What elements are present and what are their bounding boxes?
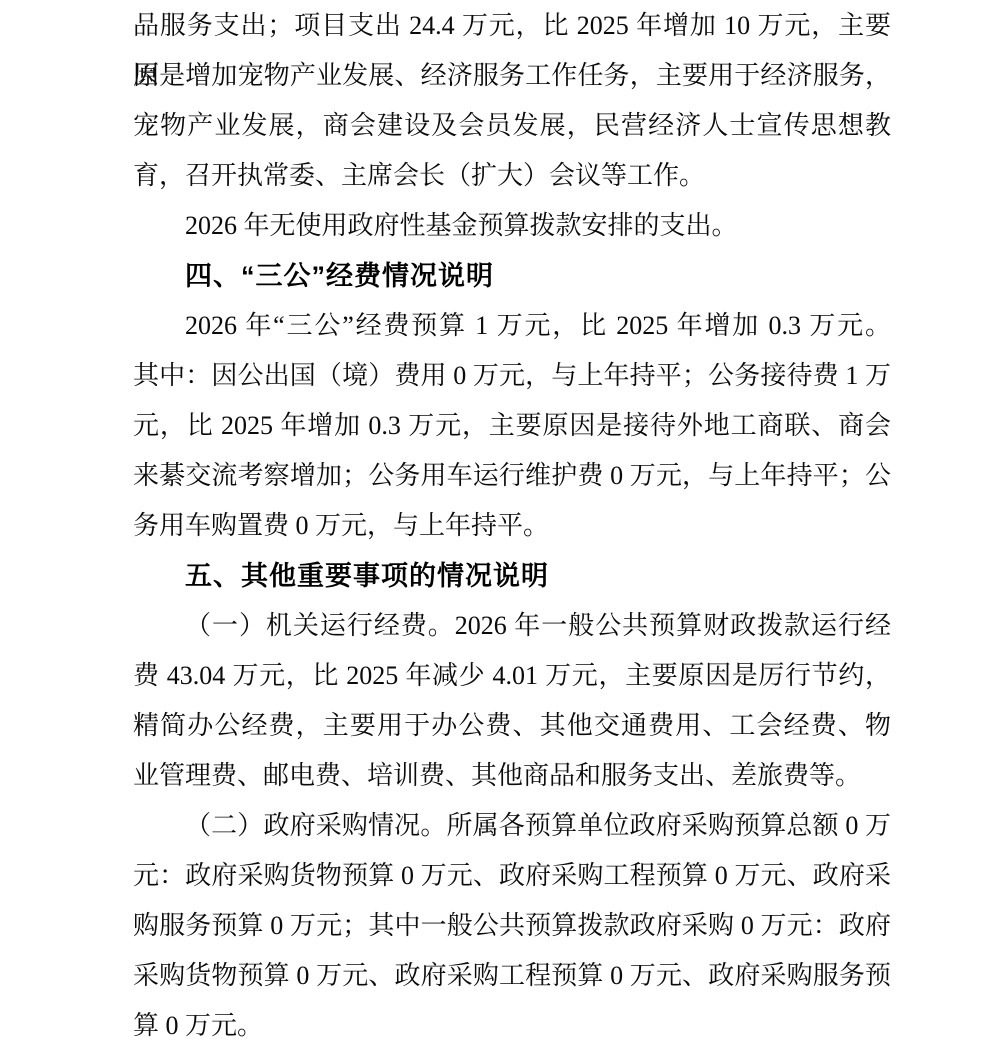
para-line: 元：政府采购货物预算 0 万元、政府采购工程预算 0 万元、政府采 [133, 851, 891, 901]
para-line: 其中：因公出国（境）费用 0 万元，与上年持平；公务接待费 1 万 [133, 351, 891, 401]
para-line: 业管理费、邮电费、培训费、其他商品和服务支出、差旅费等。 [133, 751, 891, 801]
para-line: 采购货物预算 0 万元、政府采购工程预算 0 万元、政府采购服务预 [133, 951, 891, 1001]
para-line: 2026 年“三公”经费预算 1 万元，比 2025 年增加 0.3 万元。 [133, 301, 891, 351]
para-line: 务用车购置费 0 万元，与上年持平。 [133, 501, 891, 551]
para-line: 育，召开执常委、主席会长（扩大）会议等工作。 [133, 151, 891, 201]
para-line: 因是增加宠物产业发展、经济服务工作任务，主要用于经济服务， [133, 51, 891, 101]
section-heading-other-matters: 五、其他重要事项的情况说明 [133, 551, 891, 601]
document-page: 品服务支出；项目支出 24.4 万元，比 2025 年增加 10 万元，主要原 … [0, 0, 1000, 1053]
section-heading-sangong: 四、“三公”经费情况说明 [133, 251, 891, 301]
para-line: （二）政府采购情况。所属各预算单位政府采购预算总额 0 万 [133, 801, 891, 851]
para-line: 元，比 2025 年增加 0.3 万元，主要原因是接待外地工商联、商会 [133, 401, 891, 451]
para-line: 品服务支出；项目支出 24.4 万元，比 2025 年增加 10 万元，主要原 [133, 1, 891, 51]
para-line: 购服务预算 0 万元；其中一般公共预算拨款政府采购 0 万元：政府 [133, 901, 891, 951]
para-line: 2026 年无使用政府性基金预算拨款安排的支出。 [133, 201, 891, 251]
para-line: （一）机关运行经费。2026 年一般公共预算财政拨款运行经 [133, 601, 891, 651]
para-line: 宠物产业发展，商会建设及会员发展，民营经济人士宣传思想教 [133, 101, 891, 151]
para-line: 费 43.04 万元，比 2025 年减少 4.01 万元，主要原因是厉行节约， [133, 651, 891, 701]
para-line: 精简办公经费，主要用于办公费、其他交通费用、工会经费、物 [133, 701, 891, 751]
para-line: 算 0 万元。 [133, 1001, 891, 1051]
para-line: 来綦交流考察增加；公务用车运行维护费 0 万元，与上年持平；公 [133, 451, 891, 501]
